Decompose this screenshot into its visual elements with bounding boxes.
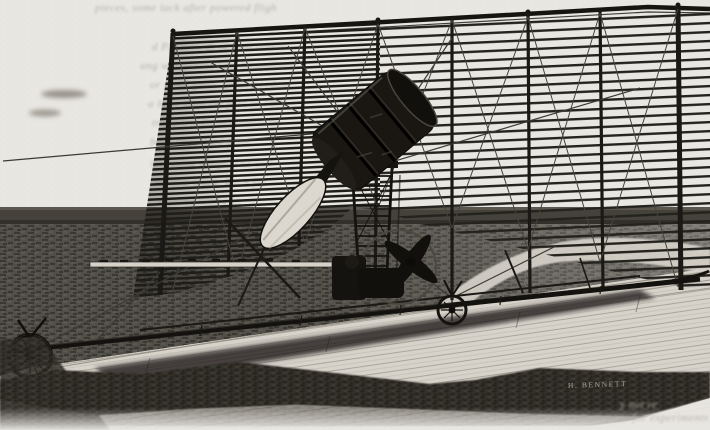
paper-noise-overlay <box>0 0 710 430</box>
engraving-illustration: pieces, some lack after powered fligh d … <box>0 0 710 430</box>
